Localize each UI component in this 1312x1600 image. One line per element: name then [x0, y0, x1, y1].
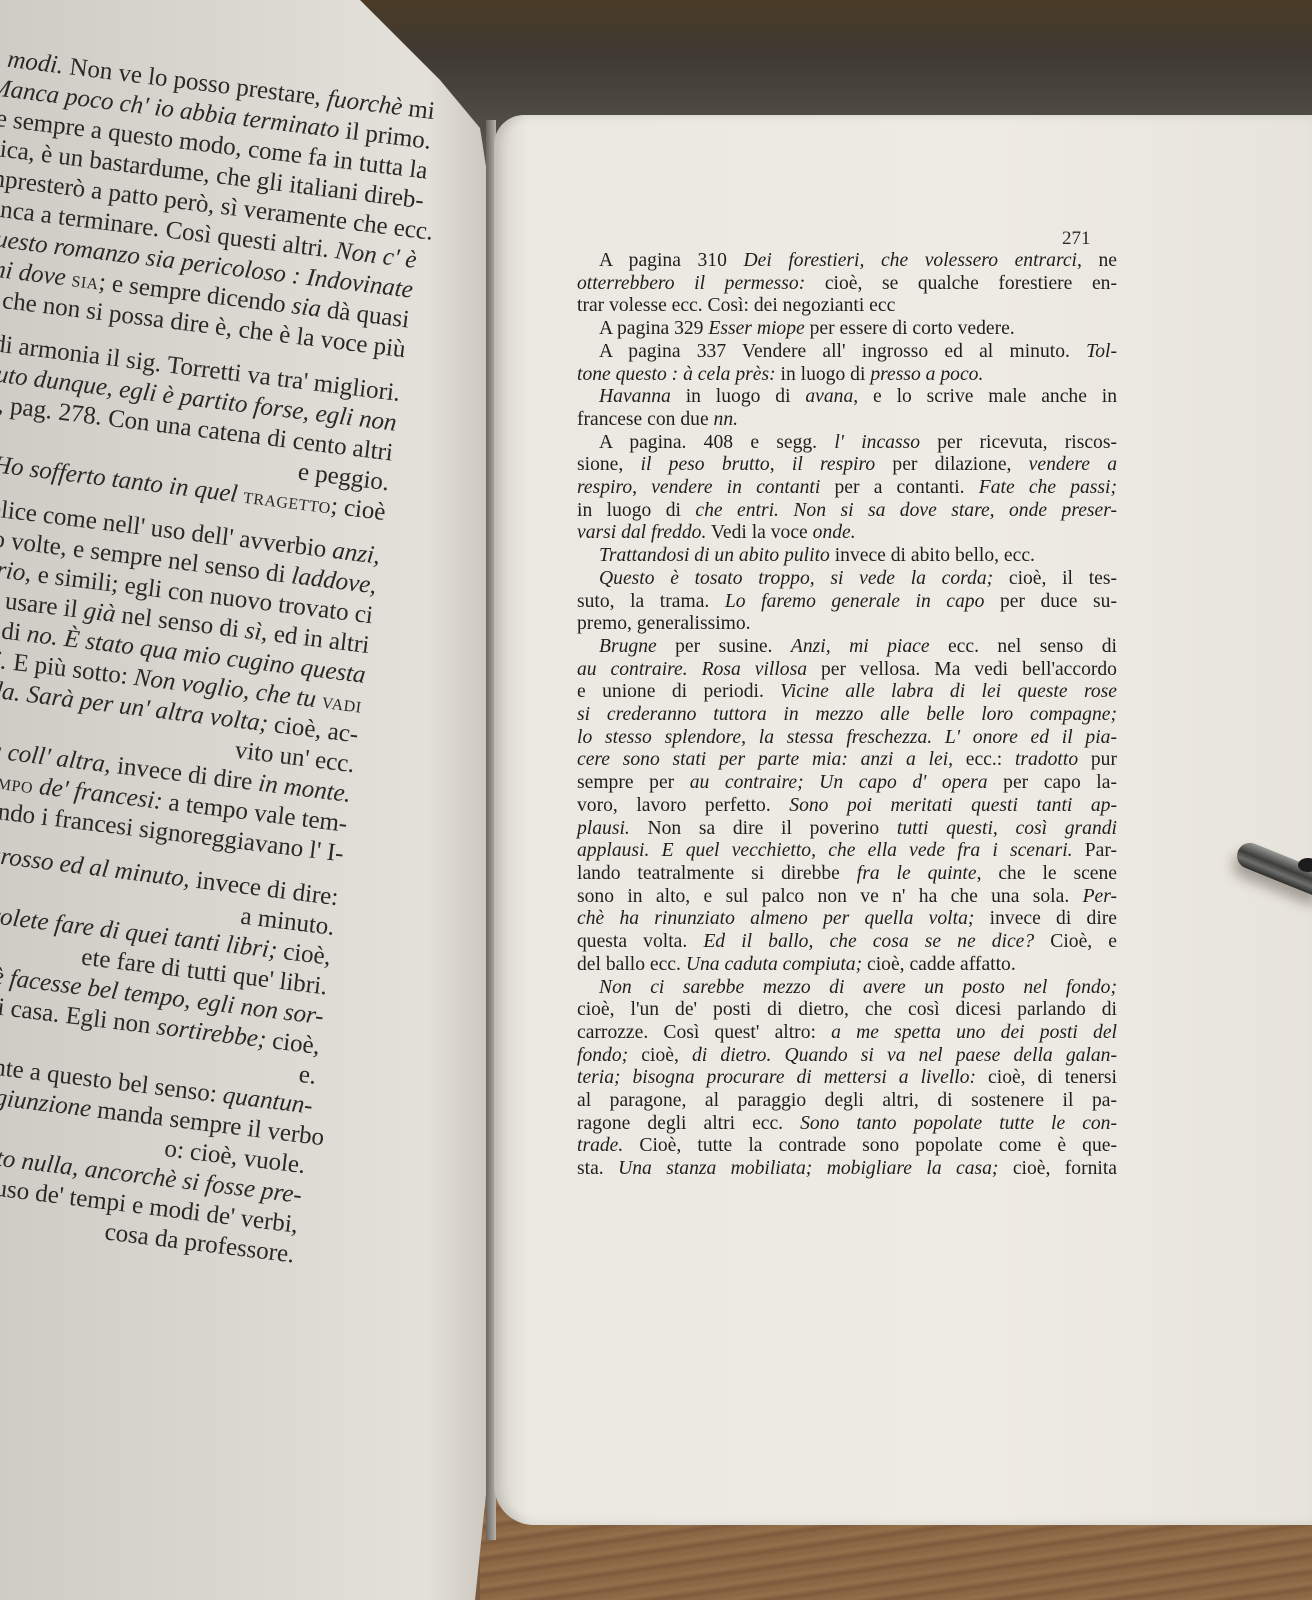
italic-text: si crederanno tuttora in mezzo alle bell… [577, 704, 1117, 725]
text-run: cioè, di tenersi [976, 1067, 1117, 1088]
text-run: , che le scene [977, 863, 1117, 884]
italic-text: varsi dal freddo. [577, 522, 706, 543]
text-line: in luogo di che entri. Non si sa dove st… [577, 500, 1117, 523]
italic-text: otterrebbero il permesso: [577, 273, 805, 294]
italic-text: Questo è tosato troppo, si vede la corda… [599, 568, 993, 589]
italic-text: che entri. Non si sa dove stare, onde pr… [695, 500, 1117, 521]
italic-text: Sono poi meritati questi tanti ap- [789, 795, 1117, 816]
italic-text: applausi. E quel vecchietto, che ella ve… [577, 840, 1073, 861]
text-line: teria; bisogna procurare di mettersi a l… [577, 1067, 1117, 1090]
text-line: Trattandosi di un abito pulito invece di… [577, 545, 1117, 568]
text-run: , e lo scrive male anche in [853, 386, 1117, 407]
italic-text: tradotto [1015, 749, 1078, 770]
text-run: al paragone, al paraggio degli altri, di… [577, 1090, 1117, 1111]
text-line: otterrebbero il permesso: cioè, se qualc… [577, 273, 1117, 296]
text-run: carrozze. Così quest' altro: [577, 1022, 831, 1043]
italic-text: trade. [577, 1135, 623, 1156]
text-line: Havanna in luogo di avana, e lo scrive m… [577, 386, 1117, 409]
italic-text: fondo; [577, 1045, 628, 1066]
text-run: per duce su- [984, 591, 1117, 612]
italic-text: avana [805, 386, 853, 407]
text-line: lo stesso splendore, la stessa freschezz… [577, 727, 1117, 750]
right-page-text: A pagina 310 Dei forestieri, che volesse… [577, 250, 1117, 1181]
text-run: ; cioè [329, 493, 387, 526]
text-run: e unione di periodi. [577, 681, 780, 702]
italic-text: Una caduta compiuta; [686, 954, 862, 975]
text-run: per a contanti. [820, 477, 978, 498]
italic-text: Dei forestieri, che volessero entrarci, [743, 250, 1081, 271]
italic-text: Lo faremo generale in capo [725, 591, 985, 612]
text-line: questa volta. Ed il ballo, che cosa se n… [577, 931, 1117, 954]
text-run: A pagina 310 [599, 250, 743, 271]
italic-text: il peso brutto [641, 454, 770, 475]
text-line: A pagina 329 Esser miope per essere di c… [577, 318, 1117, 341]
text-line: carrozze. Così quest' altro: a me spetta… [577, 1022, 1117, 1045]
text-run: cioè, il tes- [993, 568, 1117, 589]
text-run: , [770, 454, 792, 475]
text-run: ragone degli altri ecc. [577, 1113, 800, 1134]
italic-text: Non ci sarebbe mezzo di avere un posto n… [599, 977, 1117, 998]
text-run: lando teatralmente si direbbe [577, 863, 857, 884]
text-run: Cioè, e [1034, 931, 1117, 952]
text-run: per capo la- [988, 772, 1117, 793]
italic-text: anzi, [331, 537, 382, 570]
text-run: voro, lavoro perfetto. [577, 795, 789, 816]
text-run: suto, la trama. [577, 591, 725, 612]
italic-text: sia [290, 292, 322, 322]
text-line: sempre per au contraire; Un capo d' oper… [577, 772, 1117, 795]
text-line: trar volesse ecc. Così: dei negozianti e… [577, 295, 1117, 318]
text-run: del ballo ecc. [577, 954, 686, 975]
page-number: 271 [1062, 228, 1091, 250]
italic-text: presso a poco. [870, 364, 983, 385]
text-run: A pagina. 408 e segg. [599, 432, 834, 453]
italic-text: fra le quinte [857, 863, 977, 884]
italic-text: di dietro. Quando si va nel paese della … [692, 1045, 1117, 1066]
small-caps-text: sia [70, 266, 100, 294]
italic-text: au contraire; Un capo d' opera [690, 772, 988, 793]
text-line: lando teatralmente si direbbe fra le qui… [577, 863, 1117, 886]
text-line: premo, generalissimo. [577, 613, 1117, 636]
text-line: A pagina 310 Dei forestieri, che volesse… [577, 250, 1117, 273]
italic-text: vendere in contanti [651, 477, 820, 498]
italic-text: Vicine alle labra di lei queste rose [780, 681, 1117, 702]
italic-text: modi. [6, 46, 65, 80]
text-run: in luogo di [671, 386, 806, 407]
text-line: cere sono stati per parte mia: anzi a le… [577, 749, 1117, 772]
text-line: applausi. E quel vecchietto, che ella ve… [577, 840, 1117, 863]
small-caps-text: vadi [321, 688, 364, 718]
text-run: premo, generalissimo. [577, 613, 751, 634]
italic-text: respiro [577, 477, 632, 498]
text-line: A pagina 337 Vendere all' ingrosso ed al… [577, 341, 1117, 364]
italic-text: Brugne [599, 636, 657, 657]
left-page-text: ti modi. Non ve lo posso prestare, fuorc… [0, 40, 436, 1270]
italic-text: Una stanza mobiliata; mobigliare la casa… [618, 1158, 998, 1179]
text-run: sono in alto, e sul palco non ve n' ha c… [577, 886, 1083, 907]
text-run: cioè, se qualche forestiere en- [805, 273, 1117, 294]
text-run: questa volta. [577, 931, 703, 952]
text-line: respiro, vendere in contanti per a conta… [577, 477, 1117, 500]
text-line: ragone degli altri ecc. Sono tanto popol… [577, 1113, 1117, 1136]
text-run: ne [1082, 250, 1117, 271]
text-line: voro, lavoro perfetto. Sono poi meritati… [577, 795, 1117, 818]
italic-text: a me spetta uno dei posti del [831, 1022, 1117, 1043]
italic-text: teria; bisogna procurare di mettersi a l… [577, 1067, 976, 1088]
text-run: in luogo di [577, 500, 695, 521]
italic-text: già [82, 597, 117, 628]
text-run: mi [401, 94, 437, 125]
text-run: sempre per [577, 772, 690, 793]
small-caps-text: tempo [0, 766, 35, 798]
text-run: Cioè, tutte la contrade sono popolate co… [623, 1135, 1117, 1156]
italic-text: tutti questi, così grandi [897, 818, 1117, 839]
text-line: sta. Una stanza mobiliata; mobigliare la… [577, 1158, 1117, 1181]
text-run: per dilazione, [875, 454, 1028, 475]
text-line: Non ci sarebbe mezzo di avere un posto n… [577, 977, 1117, 1000]
italic-text: lo stesso splendore, la stessa freschezz… [577, 727, 1117, 748]
left-page: ti modi. Non ve lo posso prestare, fuorc… [0, 0, 500, 1600]
italic-text: Per- [1083, 886, 1117, 907]
text-line: chè ha rinunziato almeno per quella volt… [577, 908, 1117, 931]
text-line: tone questo : à cela près: in luogo di p… [577, 364, 1117, 387]
text-run: cioè, l'un de' posti di dietro, che così… [577, 999, 1117, 1020]
text-run: sta. [577, 1158, 618, 1179]
text-run: pur [1078, 749, 1117, 770]
text-run: per susine. [657, 636, 791, 657]
italic-text: tone questo : à cela près: [577, 364, 776, 385]
text-run: invece di abito bello, ecc. [830, 545, 1035, 566]
italic-text: il respiro [792, 454, 875, 475]
text-run: per ricevuta, riscos- [920, 432, 1117, 453]
text-line: fondo; cioè, di dietro. Quando si va nel… [577, 1045, 1117, 1068]
text-run: francese con due [577, 409, 714, 430]
italic-text: Esser miope [708, 318, 804, 339]
text-run: cioè, fornita [998, 1158, 1117, 1179]
italic-text: vendere a [1029, 454, 1117, 475]
italic-text: Ed il ballo, che cosa se ne dice? [703, 931, 1034, 952]
text-run: Par- [1073, 840, 1117, 861]
text-line: suto, la trama. Lo faremo generale in ca… [577, 591, 1117, 614]
italic-text: Anzi, mi piace [791, 636, 930, 657]
text-line: sono in alto, e sul palco non ve n' ha c… [577, 886, 1117, 909]
text-line: al paragone, al paraggio degli altri, di… [577, 1090, 1117, 1113]
text-run: invece di dire [974, 908, 1117, 929]
text-run: ecc. nel senso di [930, 636, 1117, 657]
text-run: A pagina 337 Vendere all' ingrosso ed al… [599, 341, 1086, 362]
text-line: cioè, l'un de' posti di dietro, che così… [577, 999, 1117, 1022]
text-line: varsi dal freddo. Vedi la voce onde. [577, 522, 1117, 545]
text-run: per essere di corto vedere. [805, 318, 1015, 339]
text-run: A pagina 329 [599, 318, 708, 339]
text-run: cioè, [628, 1045, 692, 1066]
italic-text: Sono tanto popolate tutte le con- [800, 1113, 1117, 1134]
text-line: au contraire. Rosa villosa per vellosa. … [577, 659, 1117, 682]
text-line: plausi. Non sa dire il poverino tutti qu… [577, 818, 1117, 841]
italic-text: cere sono stati per parte mia: anzi a le… [577, 749, 953, 770]
text-run: ecc.: [953, 749, 1015, 770]
italic-text: Tol- [1086, 341, 1117, 362]
text-line: A pagina. 408 e segg. l' incasso per ric… [577, 432, 1117, 455]
clasp-rivet-icon [1298, 858, 1312, 872]
italic-text: Havanna [599, 386, 671, 407]
text-run: cioè, [265, 1027, 322, 1060]
italic-text: onde. [813, 522, 856, 543]
text-run: trar volesse ecc. Così: dei negozianti e… [577, 295, 895, 316]
text-run: sione, [577, 454, 641, 475]
italic-text: Trattandosi di un abito pulito [599, 545, 830, 566]
text-line: francese con due nn. [577, 409, 1117, 432]
italic-text: Fate che passi; [979, 477, 1117, 498]
text-run: cioè, [276, 937, 333, 970]
text-run: cioè, cadde affatto. [862, 954, 1016, 975]
italic-text: plausi. [577, 818, 630, 839]
text-run: , [632, 477, 651, 498]
text-run: per vellosa. Ma vedi bell'accordo [807, 659, 1117, 680]
italic-text: l' incasso [834, 432, 920, 453]
text-run: Non sa dire il poverino [630, 818, 897, 839]
text-line: del ballo ecc. Una caduta compiuta; cioè… [577, 954, 1117, 977]
text-line: trade. Cioè, tutte la contrade sono popo… [577, 1135, 1117, 1158]
text-line: e unione di periodi. Vicine alle labra d… [577, 681, 1117, 704]
text-line: Questo è tosato troppo, si vede la corda… [577, 568, 1117, 591]
italic-text: nn. [714, 409, 739, 430]
text-line: si crederanno tuttora in mezzo alle bell… [577, 704, 1117, 727]
italic-text: au contraire. Rosa villosa [577, 659, 807, 680]
text-line: Brugne per susine. Anzi, mi piace ecc. n… [577, 636, 1117, 659]
text-run: Vedi la voce [706, 522, 812, 543]
text-run: e. [297, 1061, 318, 1090]
italic-text: chè ha rinunziato almeno per quella volt… [577, 908, 974, 929]
text-run: in luogo di [776, 364, 871, 385]
text-line: sione, il peso brutto, il respiro per di… [577, 454, 1117, 477]
